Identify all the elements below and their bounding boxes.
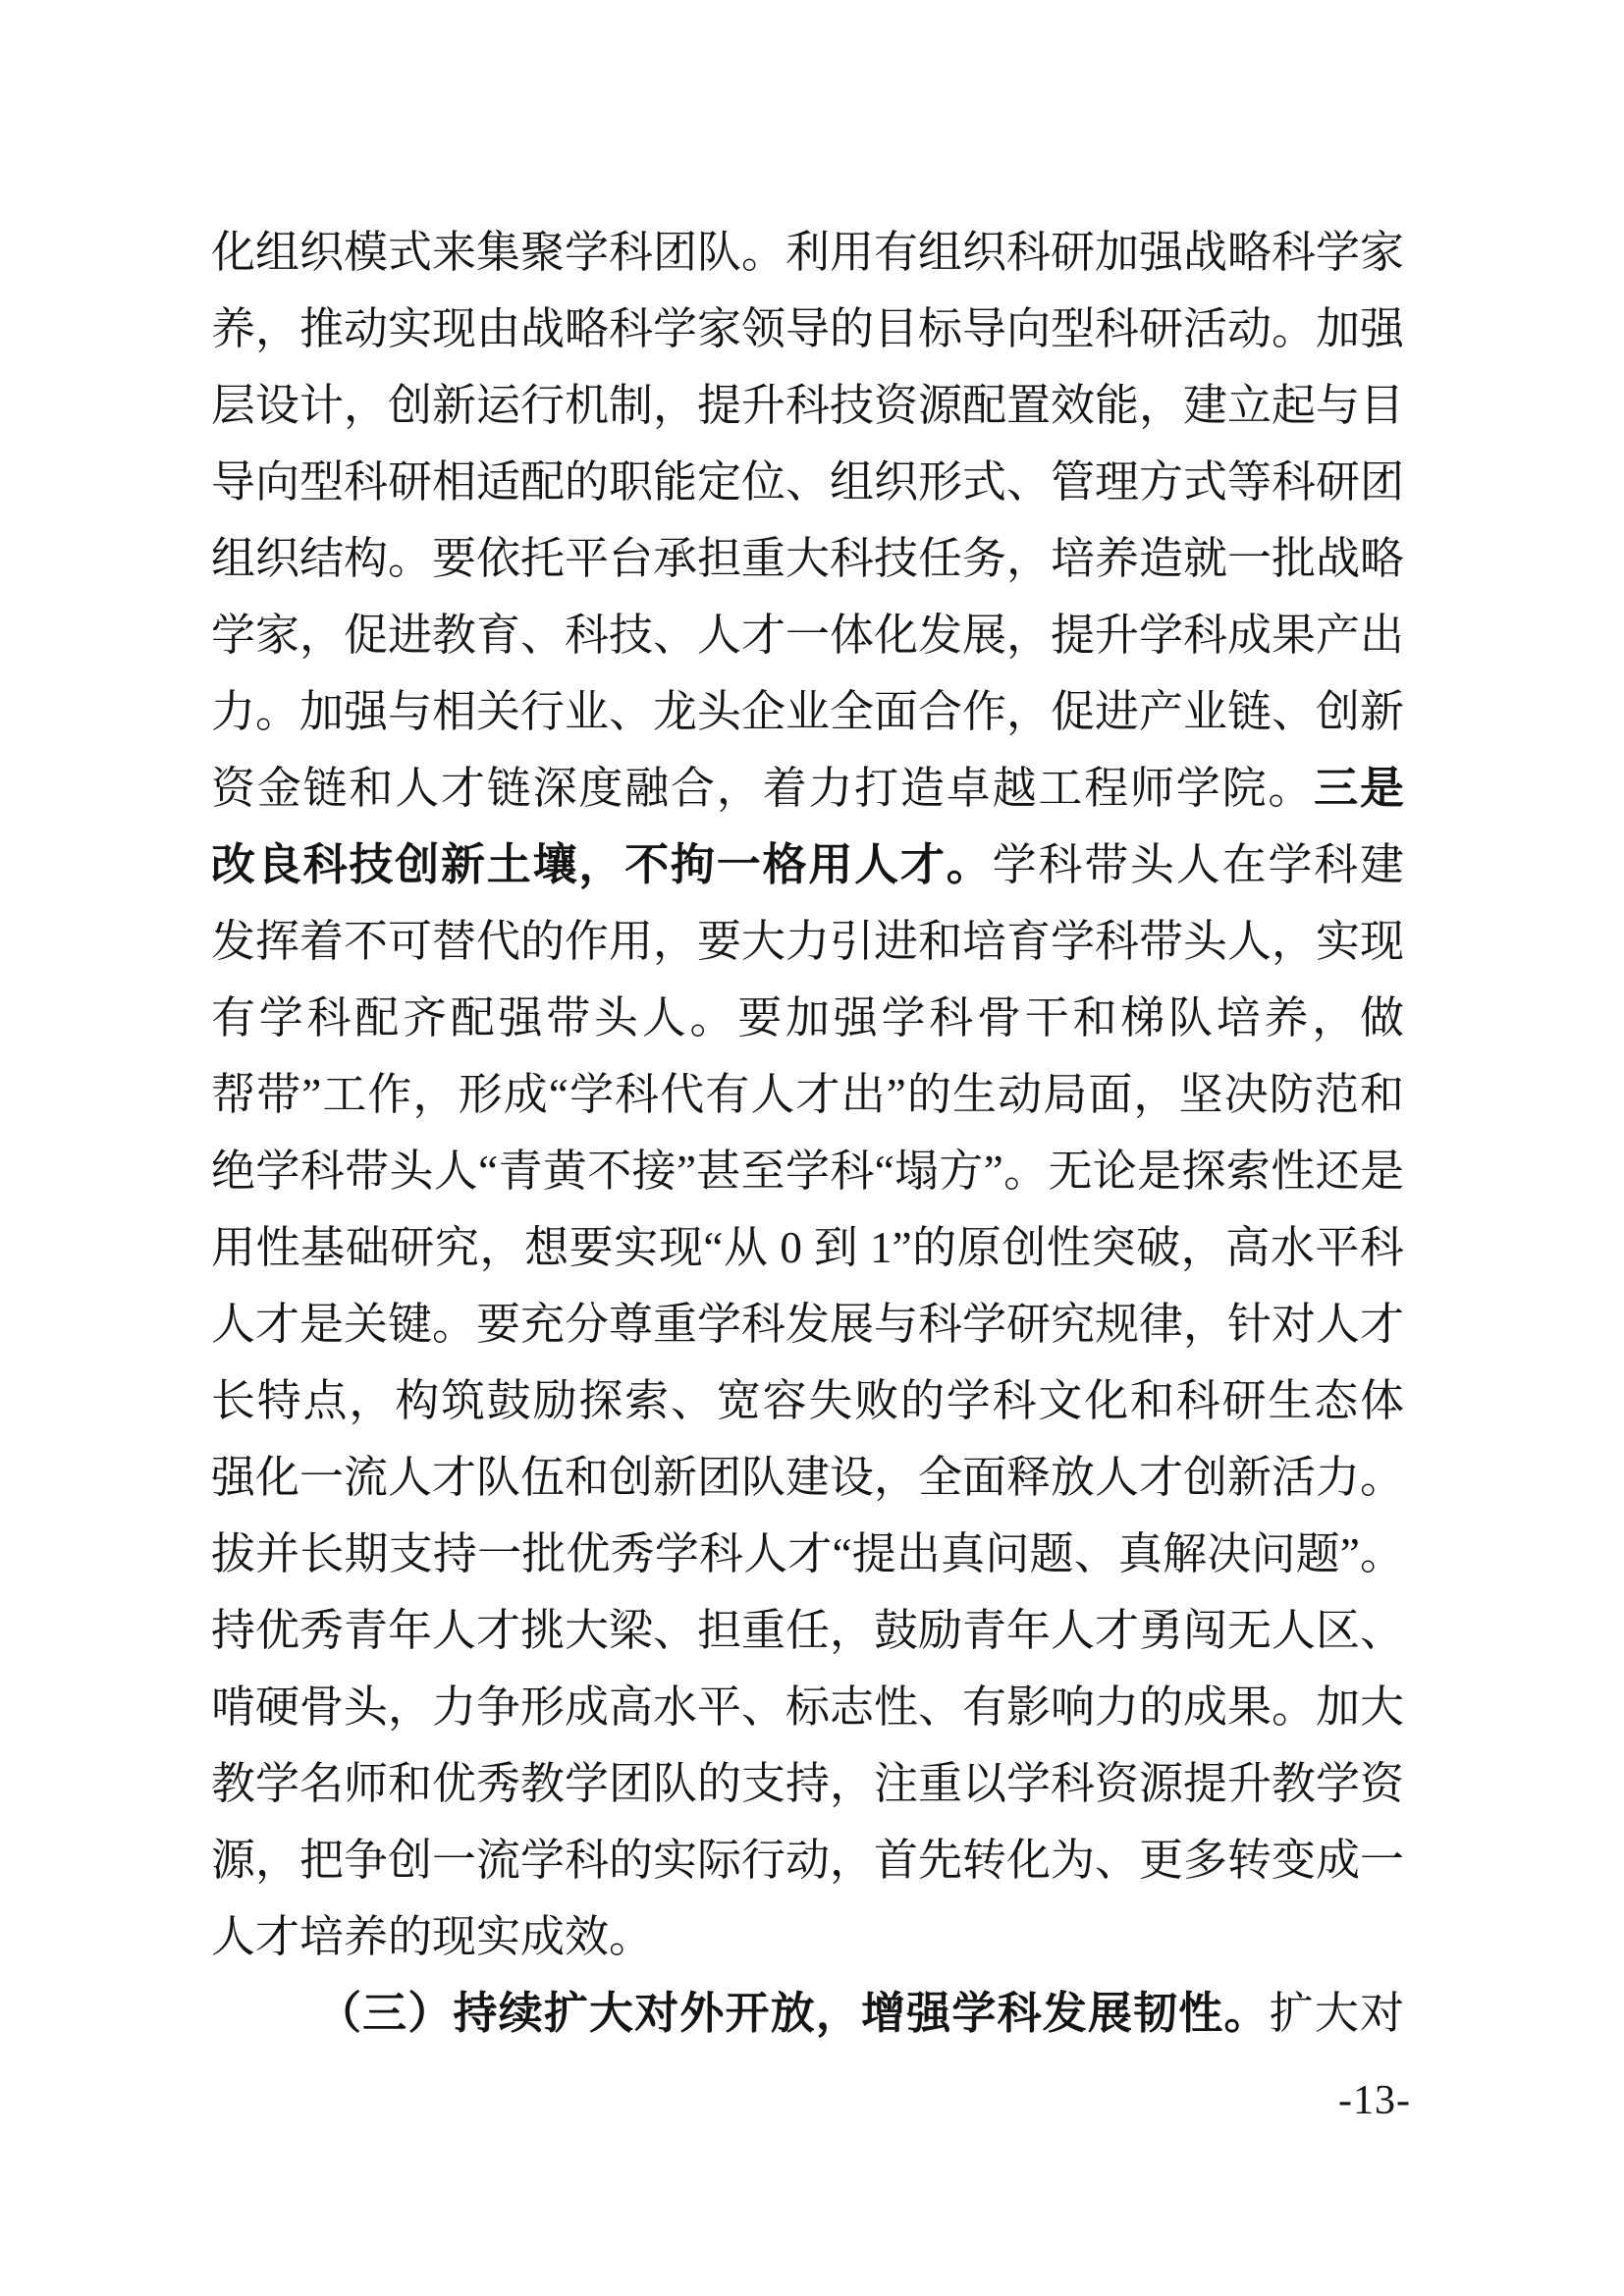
body-text-segment: 有学科配齐配强带头人。要加强学科骨干和梯队培养，做好“传 <box>211 993 1404 1056</box>
text-line: 教学名师和优秀教学团队的支持，注重以学科资源提升教学资 <box>211 1745 1404 1822</box>
body-text-segment: 绝学科带头人“青黄不接”甚至学科“塌方”。无论是探索性还是应 <box>211 1147 1404 1209</box>
text-line: 拔并长期支持一批优秀学科人才“提出真问题、真解决问题”。支 <box>211 1516 1404 1592</box>
text-line: 帮带”工作，形成“学科代有人才出”的生动局面，坚决防范和杜 <box>211 1056 1404 1133</box>
text-line: 养，推动实现由战略科学家领导的目标导向型科研活动。加强顶 <box>211 291 1404 367</box>
body-text-segment: 持优秀青年人才挑大梁、担重任，鼓励青年人才勇闯无人区、敢 <box>211 1606 1404 1669</box>
text-line: 人才培养的现实成效。 <box>211 1898 1404 1975</box>
text-line: 改良科技创新土壤，不拘一格用人才。学科带头人在学科建设中 <box>211 827 1404 903</box>
page-number: -13- <box>1326 2066 1424 2135</box>
text-line: 学家，促进教育、科技、人才一体化发展，提升学科成果产出能 <box>211 597 1404 673</box>
body-text-segment: 人才培养的现实成效。 <box>211 1912 653 1961</box>
body-text-segment: 教学名师和优秀教学团队的支持，注重以学科资源提升教学资 <box>211 1759 1404 1808</box>
text-line: 绝学科带头人“青黄不接”甚至学科“塌方”。无论是探索性还是应 <box>211 1133 1404 1209</box>
body-text-segment: 长特点，构筑鼓励探索、宽容失败的学科文化和科研生态体系。 <box>211 1376 1404 1439</box>
body-text-segment: 人才是关键。要充分尊重学科发展与科学研究规律，针对人才成 <box>211 1300 1404 1362</box>
body-text-segment: 化组织模式来集聚学科团队。利用有组织科研加强战略科学家培 <box>211 228 1404 291</box>
body-text-segment: 用性基础研究，想要实现“从 0 到 1”的原创性突破，高水平科技 <box>211 1223 1404 1286</box>
text-line: 发挥着不可替代的作用，要大力引进和培育学科带头人，实现所 <box>211 903 1404 980</box>
body-text-segment: 发挥着不可替代的作用，要大力引进和培育学科带头人，实现所 <box>211 917 1404 980</box>
body-text-segment: 帮带”工作，形成“学科代有人才出”的生动局面，坚决防范和杜 <box>211 1070 1404 1133</box>
text-line: 资金链和人才链深度融合，着力打造卓越工程师学院。三是全面 <box>211 750 1404 827</box>
text-line: 层设计，创新运行机制，提升科技资源配置效能，建立起与目标 <box>211 367 1404 444</box>
text-line: 化组织模式来集聚学科团队。利用有组织科研加强战略科学家培 <box>211 214 1404 291</box>
body-text-segment: 拔并长期支持一批优秀学科人才“提出真问题、真解决问题”。支 <box>211 1529 1404 1592</box>
text-line: 人才是关键。要充分尊重学科发展与科学研究规律，针对人才成 <box>211 1286 1404 1362</box>
bold-emphasis-text: （三）持续扩大对外开放，增强学科发展韧性。 <box>317 1989 1270 2038</box>
bold-emphasis-text: 改良科技创新土壤，不拘一格用人才。 <box>211 840 993 889</box>
text-line: 导向型科研相适配的职能定位、组织形式、管理方式等科研团队 <box>211 444 1404 520</box>
text-line: 力。加强与相关行业、龙头企业全面合作，促进产业链、创新链、 <box>211 673 1404 750</box>
body-text-segment: 养，推动实现由战略科学家领导的目标导向型科研活动。加强顶 <box>211 304 1404 367</box>
body-text-segment: 学家，促进教育、科技、人才一体化发展，提升学科成果产出能 <box>211 611 1404 673</box>
text-line: 长特点，构筑鼓励探索、宽容失败的学科文化和科研生态体系。 <box>211 1362 1404 1439</box>
body-text-segment: 资金链和人才链深度融合，着力打造卓越工程师学院。 <box>211 764 1314 813</box>
text-line: 强化一流人才队伍和创新团队建设，全面释放人才创新活力。选 <box>211 1439 1404 1516</box>
body-text-segment: 强化一流人才队伍和创新团队建设，全面释放人才创新活力。选 <box>211 1453 1404 1516</box>
body-text-segment: 啃硬骨头，力争形成高水平、标志性、有影响力的成果。加大对 <box>211 1682 1404 1745</box>
text-line: 持优秀青年人才挑大梁、担重任，鼓励青年人才勇闯无人区、敢 <box>211 1592 1404 1669</box>
body-text: 化组织模式来集聚学科团队。利用有组织科研加强战略科学家培养，推动实现由战略科学家… <box>211 214 1404 2052</box>
text-line: 源，把争创一流学科的实际行动，首先转化为、更多转变成一流 <box>211 1822 1404 1898</box>
text-line: 有学科配齐配强带头人。要加强学科骨干和梯队培养，做好“传 <box>211 980 1404 1056</box>
text-line: 啃硬骨头，力争形成高水平、标志性、有影响力的成果。加大对 <box>211 1669 1404 1745</box>
body-text-segment: 源，把争创一流学科的实际行动，首先转化为、更多转变成一流 <box>211 1836 1404 1898</box>
body-text-segment: 组织结构。要依托平台承担重大科技任务，培养造就一批战略科 <box>211 534 1404 597</box>
body-text-segment: 导向型科研相适配的职能定位、组织形式、管理方式等科研团队 <box>211 457 1404 520</box>
text-line: （三）持续扩大对外开放，增强学科发展韧性。扩大对外开 <box>211 1975 1404 2052</box>
document-page: 化组织模式来集聚学科团队。利用有组织科研加强战略科学家培养，推动实现由战略科学家… <box>0 0 1624 2296</box>
body-text-segment: 层设计，创新运行机制，提升科技资源配置效能，建立起与目标 <box>211 381 1404 444</box>
text-line: 组织结构。要依托平台承担重大科技任务，培养造就一批战略科 <box>211 520 1404 597</box>
text-line: 用性基础研究，想要实现“从 0 到 1”的原创性突破，高水平科技 <box>211 1209 1404 1286</box>
body-text-segment: 力。加强与相关行业、龙头企业全面合作，促进产业链、创新链、 <box>211 687 1404 750</box>
